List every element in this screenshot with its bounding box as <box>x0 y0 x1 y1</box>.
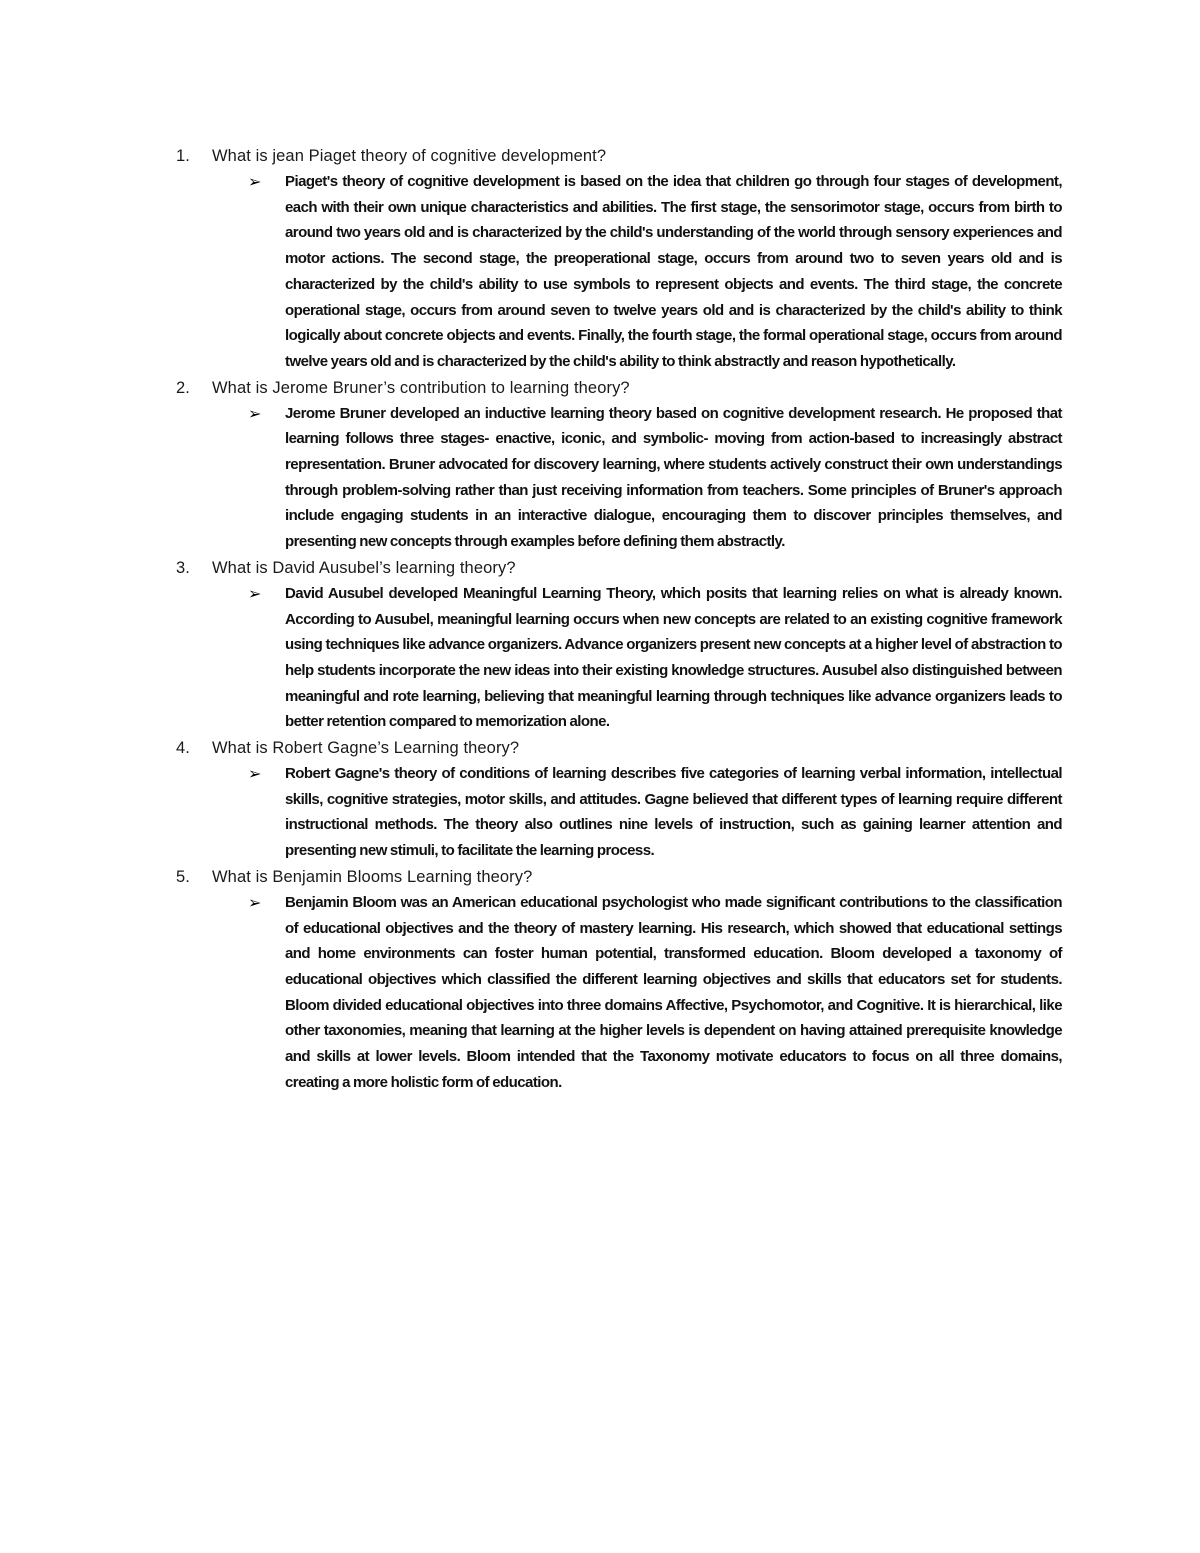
answer-text: Robert Gagne's theory of conditions of l… <box>285 761 1062 864</box>
question-heading: 1. What is jean Piaget theory of cogniti… <box>176 143 1062 169</box>
question-heading: 4. What is Robert Gagne’s Learning theor… <box>176 735 1062 761</box>
question-number: 5. <box>176 864 190 890</box>
arrowhead-bullet-icon: ➢ <box>248 890 261 916</box>
question-number: 4. <box>176 735 190 761</box>
arrowhead-bullet-icon: ➢ <box>248 581 261 607</box>
question-item-2: 2. What is Jerome Bruner’s contribution … <box>176 375 1062 555</box>
answer-block: ➢ Jerome Bruner developed an inductive l… <box>176 401 1062 555</box>
answer-block: ➢ Piaget's theory of cognitive developme… <box>176 169 1062 375</box>
arrowhead-bullet-icon: ➢ <box>248 169 261 195</box>
answer-block: ➢ Benjamin Bloom was an American educati… <box>176 890 1062 1096</box>
question-text: What is jean Piaget theory of cognitive … <box>212 143 606 169</box>
answer-text: Jerome Bruner developed an inductive lea… <box>285 401 1062 555</box>
question-item-5: 5. What is Benjamin Blooms Learning theo… <box>176 864 1062 1096</box>
question-text: What is Robert Gagne’s Learning theory? <box>212 735 519 761</box>
question-item-3: 3. What is David Ausubel’s learning theo… <box>176 555 1062 735</box>
answer-block: ➢ Robert Gagne's theory of conditions of… <box>176 761 1062 864</box>
question-item-1: 1. What is jean Piaget theory of cogniti… <box>176 143 1062 375</box>
question-text: What is David Ausubel’s learning theory? <box>212 555 516 581</box>
question-number: 2. <box>176 375 190 401</box>
question-number: 1. <box>176 143 190 169</box>
question-text: What is Benjamin Blooms Learning theory? <box>212 864 532 890</box>
question-heading: 2. What is Jerome Bruner’s contribution … <box>176 375 1062 401</box>
question-heading: 5. What is Benjamin Blooms Learning theo… <box>176 864 1062 890</box>
question-number: 3. <box>176 555 190 581</box>
document-page: 1. What is jean Piaget theory of cogniti… <box>0 0 1200 1553</box>
answer-block: ➢ David Ausubel developed Meaningful Lea… <box>176 581 1062 735</box>
question-item-4: 4. What is Robert Gagne’s Learning theor… <box>176 735 1062 864</box>
arrowhead-bullet-icon: ➢ <box>248 761 261 787</box>
question-heading: 3. What is David Ausubel’s learning theo… <box>176 555 1062 581</box>
answer-text: David Ausubel developed Meaningful Learn… <box>285 581 1062 735</box>
question-list: 1. What is jean Piaget theory of cogniti… <box>176 143 1062 1096</box>
arrowhead-bullet-icon: ➢ <box>248 401 261 427</box>
answer-text: Piaget's theory of cognitive development… <box>285 169 1062 375</box>
answer-text: Benjamin Bloom was an American education… <box>285 890 1062 1096</box>
question-text: What is Jerome Bruner’s contribution to … <box>212 375 630 401</box>
